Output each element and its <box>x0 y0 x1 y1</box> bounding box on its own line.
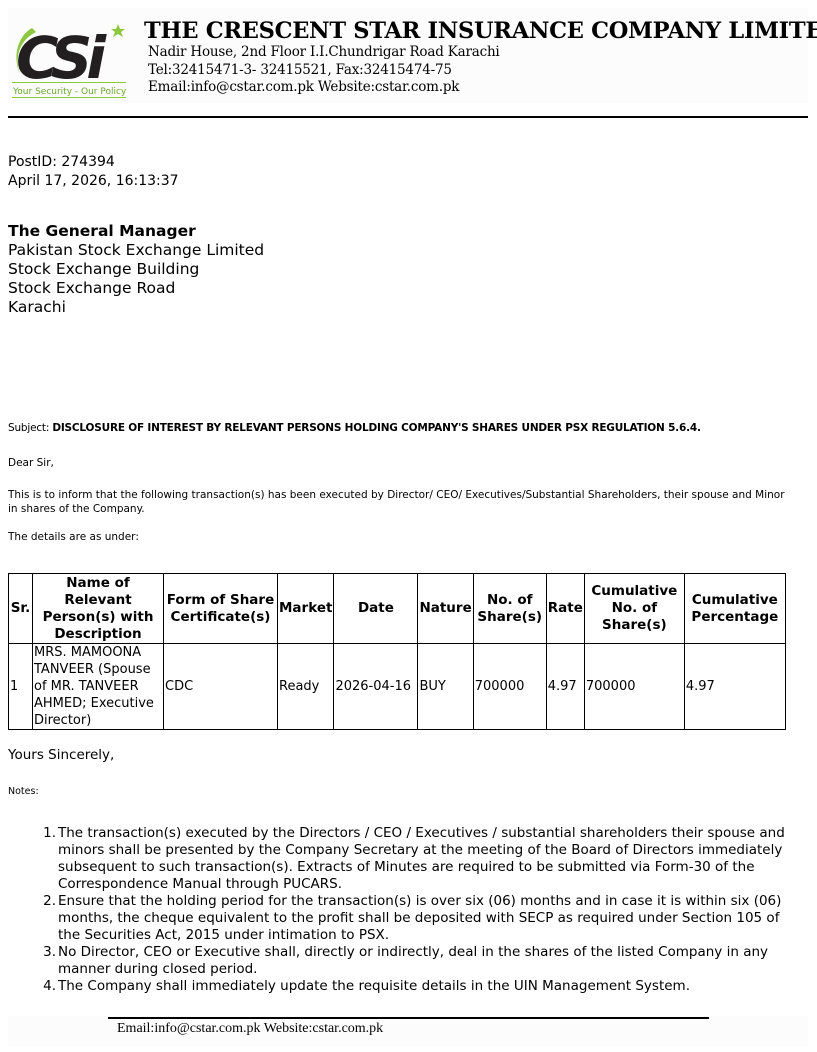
company-name: THE CRESCENT STAR INSURANCE COMPANY LIMI… <box>144 18 817 44</box>
svg-text:Your Security - Our Policy: Your Security - Our Policy <box>12 87 127 97</box>
letterhead: CSi Your Security - Our Policy THE CRESC… <box>8 8 808 103</box>
post-id: PostID: 274394 <box>8 153 179 172</box>
cell-shares: 700000 <box>473 644 546 730</box>
col-header: Rate <box>546 574 584 644</box>
cell-name: MRS. MAMOONA TANVEER (Spouse of MR. TANV… <box>33 644 164 730</box>
cell-rate: 4.97 <box>546 644 584 730</box>
notes-label: Notes: <box>8 786 39 797</box>
addressee-line: Karachi <box>8 298 264 317</box>
table-row: 1 MRS. MAMOONA TANVEER (Spouse of MR. TA… <box>9 644 786 730</box>
details-line: The details are as under: <box>8 531 139 543</box>
notes-list: 1.The transaction(s) executed by the Dir… <box>58 825 798 995</box>
post-datetime: April 17, 2026, 16:13:37 <box>8 172 179 191</box>
salutation: Dear Sir, <box>8 457 54 469</box>
intro-paragraph: This is to inform that the following tra… <box>8 488 788 516</box>
company-phone-fax: Tel:32415471-3- 32415521, Fax:32415474-7… <box>148 62 452 78</box>
col-header: Market <box>278 574 334 644</box>
post-meta: PostID: 274394 April 17, 2026, 16:13:37 <box>8 153 179 191</box>
cell-form: CDC <box>164 644 278 730</box>
table-header-row: Sr. Name of Relevant Person(s) with Desc… <box>9 574 786 644</box>
col-header: Nature <box>418 574 473 644</box>
addressee-line: Stock Exchange Building <box>8 260 264 279</box>
addressee-line: Stock Exchange Road <box>8 279 264 298</box>
subject-line: Subject: DISCLOSURE OF INTEREST BY RELEV… <box>8 422 701 434</box>
col-header: Form of Share Certificate(s) <box>164 574 278 644</box>
cell-cum-pct: 4.97 <box>684 644 785 730</box>
note-item: 1.The transaction(s) executed by the Dir… <box>58 825 798 893</box>
header-divider <box>8 116 808 118</box>
svg-text:CSi: CSi <box>16 24 107 92</box>
note-item: 4.The Company shall immediately update t… <box>58 978 798 995</box>
company-address: Nadir House, 2nd Floor I.I.Chundrigar Ro… <box>148 44 500 60</box>
col-header: Cumulative Percentage <box>684 574 785 644</box>
company-logo: CSi Your Security - Our Policy <box>10 16 128 100</box>
col-header: Date <box>334 574 418 644</box>
col-header: Sr. <box>9 574 33 644</box>
cell-date: 2026-04-16 <box>334 644 418 730</box>
transaction-table: Sr. Name of Relevant Person(s) with Desc… <box>8 573 786 730</box>
cell-sr: 1 <box>9 644 33 730</box>
cell-cum-shares: 700000 <box>584 644 684 730</box>
footer-email-website: Email:info@cstar.com.pk Website:cstar.co… <box>117 1021 383 1037</box>
note-item: 2.Ensure that the holding period for the… <box>58 893 798 944</box>
col-header: Cumulative No. of Share(s) <box>584 574 684 644</box>
col-header: No. of Share(s) <box>473 574 546 644</box>
footer-divider <box>108 1017 709 1019</box>
closing: Yours Sincerely, <box>8 747 114 763</box>
cell-nature: BUY <box>418 644 473 730</box>
note-item: 3.No Director, CEO or Executive shall, d… <box>58 944 798 978</box>
addressee-title: The General Manager <box>8 222 264 241</box>
company-email-website: Email:info@cstar.com.pk Website:cstar.co… <box>148 79 459 95</box>
subject-text: DISCLOSURE OF INTEREST BY RELEVANT PERSO… <box>52 422 700 434</box>
subject-label: Subject: <box>8 422 52 434</box>
addressee-block: The General Manager Pakistan Stock Excha… <box>8 222 264 317</box>
cell-market: Ready <box>278 644 334 730</box>
col-header: Name of Relevant Person(s) with Descript… <box>33 574 164 644</box>
addressee-line: Pakistan Stock Exchange Limited <box>8 241 264 260</box>
